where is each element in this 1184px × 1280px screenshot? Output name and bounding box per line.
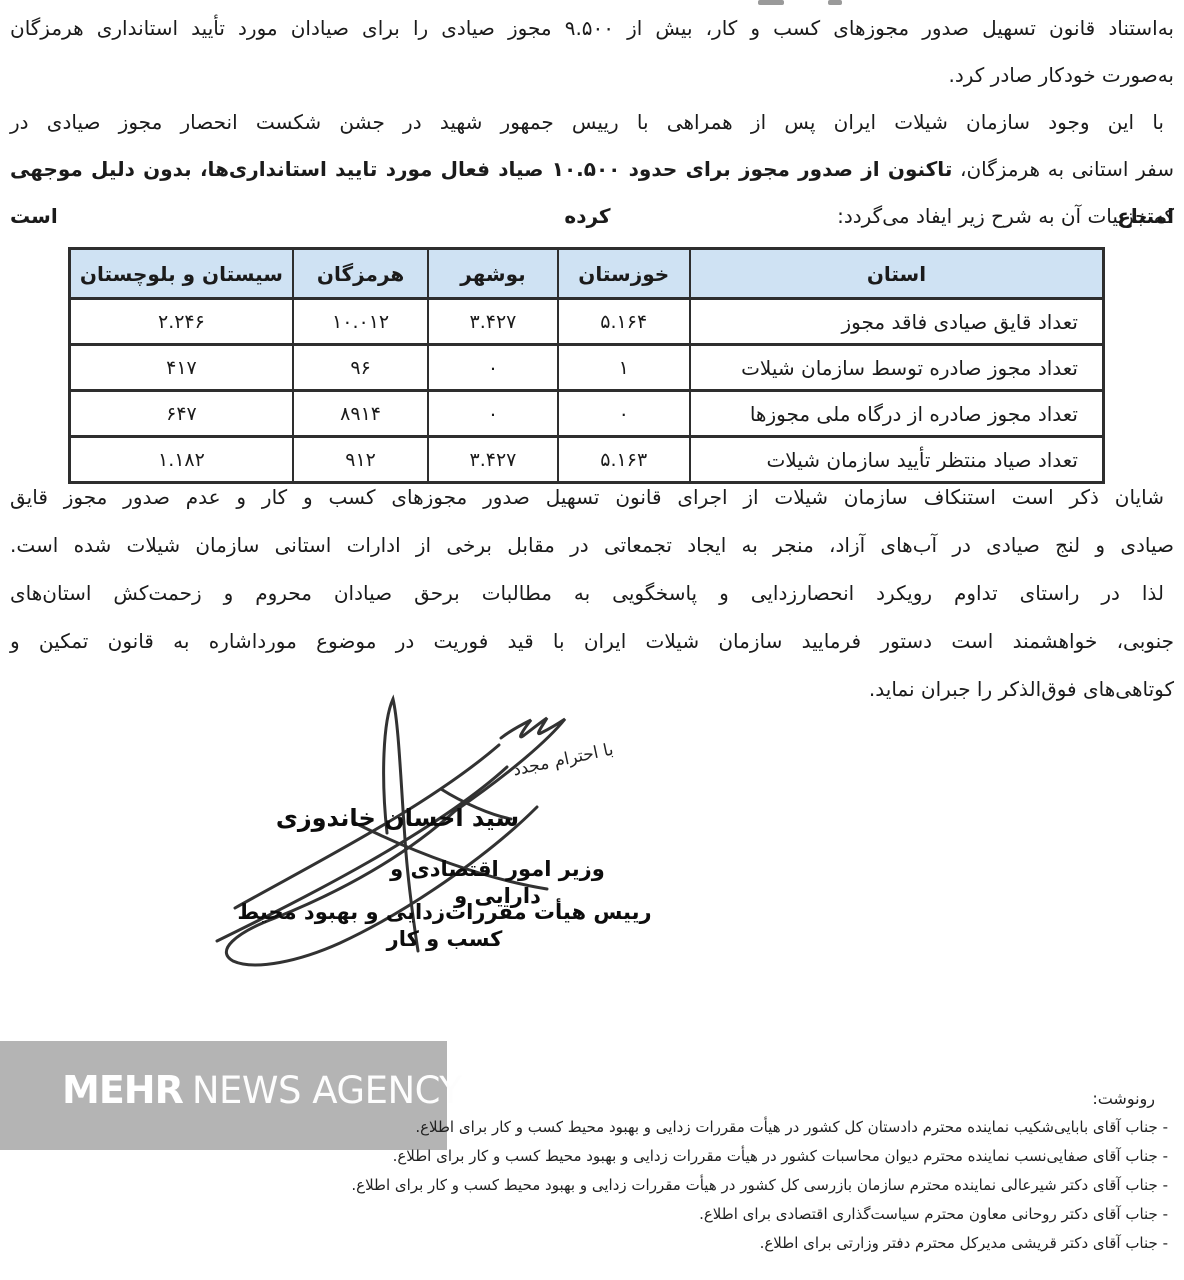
official-letter-page: به‌استناد قانون تسهیل صدور مجوزهای کسب و…	[0, 0, 1184, 1280]
cc-item: - جناب آقای دکتر روحانی معاون محترم سیاس…	[351, 1200, 1168, 1229]
cc-heading: رونوشت:	[351, 1084, 1168, 1113]
row-label: تعداد مجوز صادره از درگاه ملی مجوزها	[690, 391, 1104, 437]
cell-value: ۹۶	[293, 345, 428, 391]
letter-line: به‌استناد قانون تسهیل صدور مجوزهای کسب و…	[10, 5, 1174, 52]
intro-paragraphs: به‌استناد قانون تسهیل صدور مجوزهای کسب و…	[10, 5, 1174, 240]
cc-item: - جناب آقای بابایی‌شکیب نماینده محترم دا…	[351, 1113, 1168, 1142]
header-bushehr: بوشهر	[428, 249, 557, 299]
table-header-row: استان خوزستان بوشهر هرمزگان سیستان و بلو…	[70, 249, 1104, 299]
row-label: تعداد مجوز صادره توسط سازمان شیلات	[690, 345, 1104, 391]
line-text: سفر استانی به هرمزگان،	[952, 157, 1174, 181]
cc-item: - جناب آقای دکتر شیرعالی نماینده محترم س…	[351, 1171, 1168, 1200]
mehr-brand-text: MEHR	[62, 1068, 183, 1112]
line-text: جنوبی، خواهشمند است دستور فرمایید سازمان…	[10, 629, 1174, 653]
letter-line: با این وجود سازمان شیلات ایران پس از همر…	[10, 99, 1174, 146]
letter-line: لذا در راستای تداوم رویکرد انحصارزدایی و…	[10, 569, 1174, 617]
cell-value: ۰	[428, 345, 557, 391]
cc-item: - جناب آقای صفایی‌نسب نماینده محترم دیوا…	[351, 1142, 1168, 1171]
letter-line: جنوبی، خواهشمند است دستور فرمایید سازمان…	[10, 617, 1174, 665]
line-text: لذا در راستای تداوم رویکرد انحصارزدایی و…	[10, 581, 1164, 605]
closing-paragraphs: شایان ذکر است استنکاف سازمان شیلات از اج…	[10, 473, 1174, 713]
cell-value: ۱۰.۰۱۲	[293, 299, 428, 345]
table-row: تعداد مجوز صادره از درگاه ملی مجوزها ۰ ۰…	[70, 391, 1104, 437]
cell-value: ۳.۴۲۷	[428, 299, 557, 345]
header-hormozgan: هرمزگان	[293, 249, 428, 299]
cc-item: - جناب آقای دکتر قریشی مدیرکل محترم دفتر…	[351, 1229, 1168, 1258]
header-khuzestan: خوزستان	[558, 249, 690, 299]
signatory-name: سید احسان خاندوزی	[265, 803, 530, 833]
cell-value: ۲.۲۴۶	[70, 299, 293, 345]
letter-line: شایان ذکر است استنکاف سازمان شیلات از اج…	[10, 473, 1174, 521]
line-text: کوتاهی‌های فوق‌الذکر را جبران نماید.	[869, 677, 1174, 701]
cell-value: ۸۹۱۴	[293, 391, 428, 437]
fishing-permits-table: استان خوزستان بوشهر هرمزگان سیستان و بلو…	[68, 247, 1105, 484]
signatory-title-line2: رییس هیأت مقررات‌زدایی و بهبود محیط کسب …	[222, 899, 667, 953]
line-text: شایان ذکر است استنکاف سازمان شیلات از اج…	[10, 485, 1164, 509]
line-text: صیادی و لنج صیادی در آب‌های آزاد، منجر ب…	[10, 533, 1174, 557]
row-label: تعداد قایق صیادی فاقد مجوز	[690, 299, 1104, 345]
header-sistan-baluchestan: سیستان و بلوچستان	[70, 249, 293, 299]
line-text: با این وجود سازمان شیلات ایران پس از همر…	[10, 110, 1164, 134]
cell-value: ۵.۱۶۴	[558, 299, 690, 345]
letter-line: به‌صورت خودکار صادر کرد.	[10, 52, 1174, 99]
line-text: به‌صورت خودکار صادر کرد.	[949, 63, 1175, 87]
line-text: که جزییات آن به شرح زیر ایفاد می‌گردد:	[837, 204, 1174, 228]
cc-list: رونوشت: - جناب آقای بابایی‌شکیب نماینده …	[351, 1084, 1168, 1258]
cell-value: ۱	[558, 345, 690, 391]
cell-value: ۰	[558, 391, 690, 437]
cell-value: ۰	[428, 391, 557, 437]
letter-line-emphasis: سفر استانی به هرمزگان، تاکنون از صدور مج…	[10, 146, 1174, 193]
cell-value: ۴۱۷	[70, 345, 293, 391]
cell-value: ۶۴۷	[70, 391, 293, 437]
table-row: تعداد قایق صیادی فاقد مجوز ۵.۱۶۴ ۳.۴۲۷ ۱…	[70, 299, 1104, 345]
table-row: تعداد مجوز صادره توسط سازمان شیلات ۱ ۰ ۹…	[70, 345, 1104, 391]
header-province: استان	[690, 249, 1104, 299]
line-text: به‌استناد قانون تسهیل صدور مجوزهای کسب و…	[10, 16, 1174, 40]
letter-line: صیادی و لنج صیادی در آب‌های آزاد، منجر ب…	[10, 521, 1174, 569]
